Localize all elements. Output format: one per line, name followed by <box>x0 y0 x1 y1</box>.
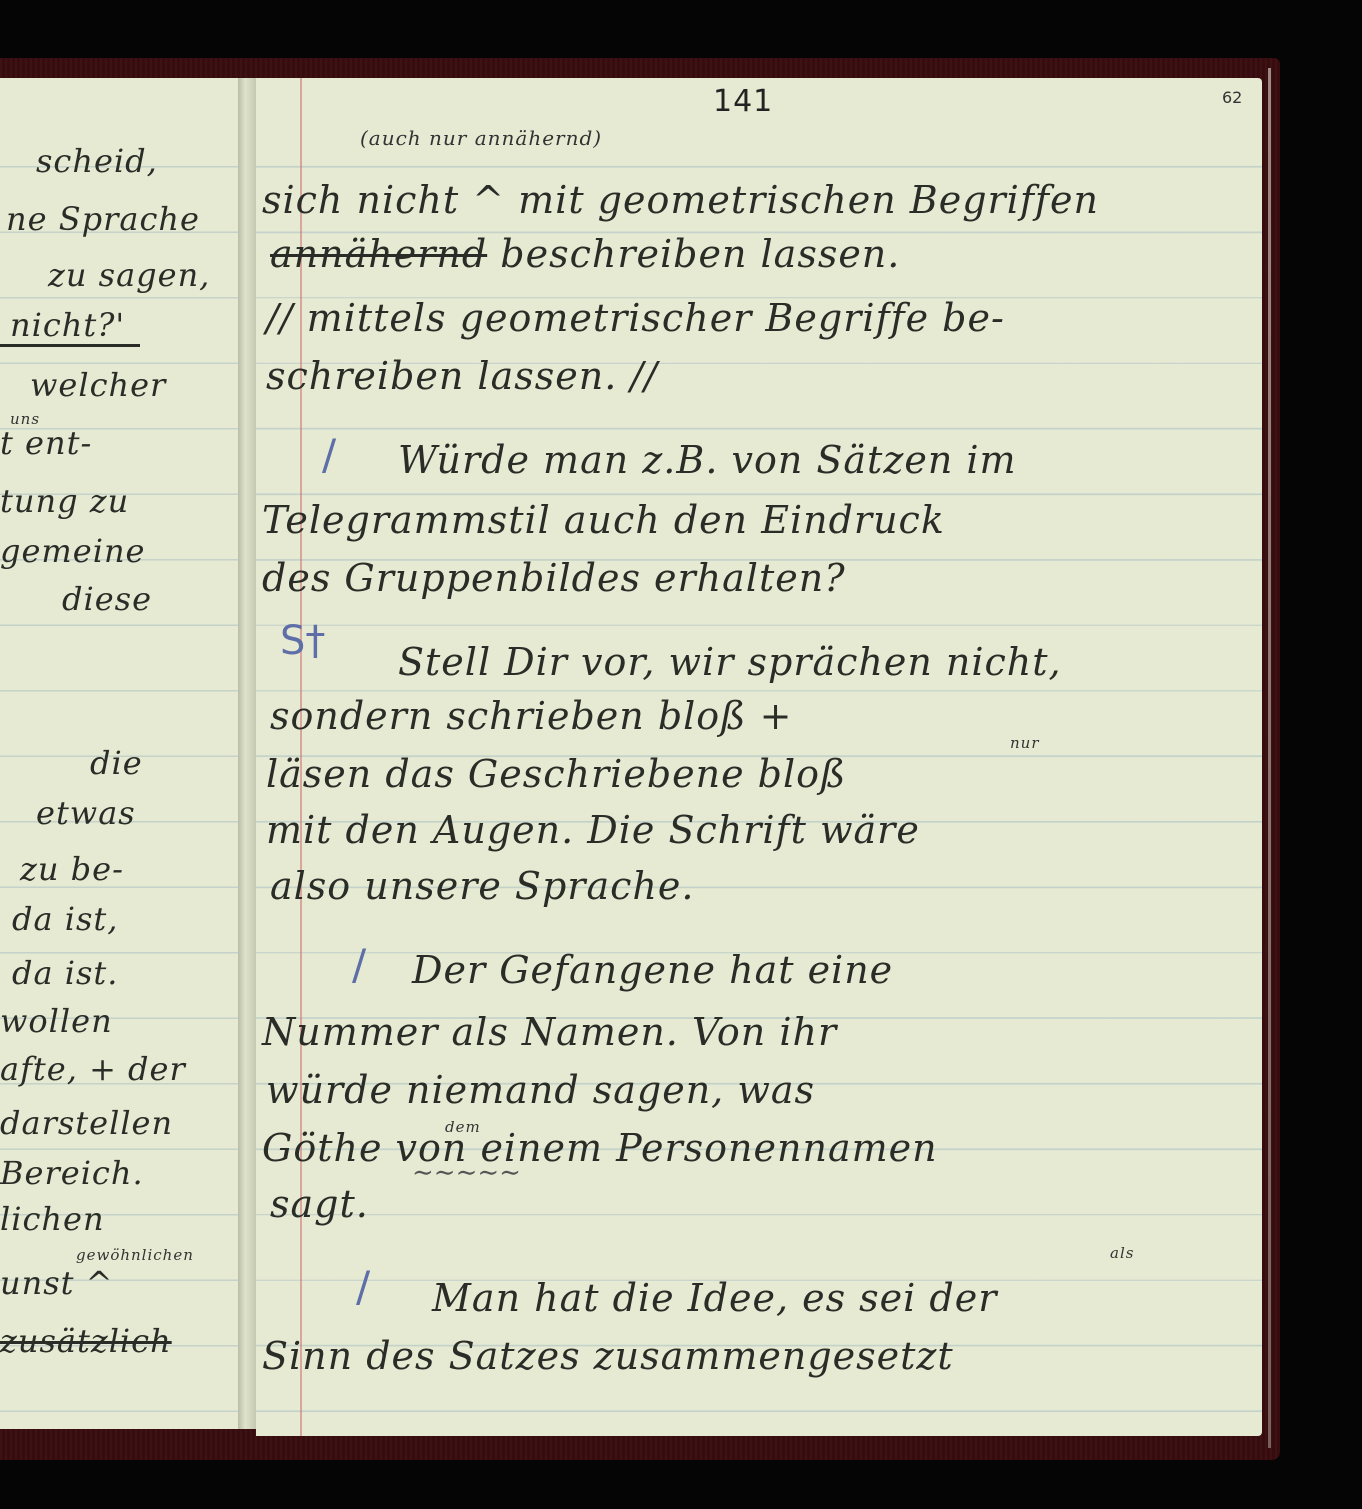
text-line: Göthe von einem Personennamen <box>262 1126 938 1170</box>
text-line: annähernd beschreiben lassen. <box>270 232 900 276</box>
text-line: des Gruppenbildes erhalten? <box>262 556 846 600</box>
page-number: 141 <box>713 84 773 119</box>
left-text-line: da ist. <box>12 954 118 992</box>
interlinear-als: als <box>1110 1244 1134 1262</box>
cover-edge <box>1268 68 1271 1448</box>
left-text-line: nicht?' <box>10 306 125 344</box>
text-line: sondern schrieben bloß + <box>270 694 792 738</box>
left-text-line: wollen <box>0 1002 113 1040</box>
binding-gutter <box>238 78 256 1429</box>
margin-mark-s: S† <box>280 618 325 664</box>
text-line: sagt. <box>270 1182 369 1226</box>
text-line: Nummer als Namen. Von ihr <box>262 1010 837 1054</box>
interlinear-nur: nur <box>1010 734 1040 752</box>
left-text-line: tung zu <box>0 482 129 520</box>
text-line: // mittels geometrischer Begriffe be- <box>266 296 1005 340</box>
text-line: Man hat die Idee, es sei der <box>432 1276 997 1320</box>
text-line: Telegrammstil auch den Eindruck <box>262 498 945 542</box>
left-text-line: scheid, <box>36 142 158 180</box>
text-line: sich nicht ^ mit geometrischen Begriffen <box>262 178 1099 222</box>
left-text-line: afte, + der <box>0 1050 186 1088</box>
text-line: Der Gefangene hat eine <box>412 948 893 992</box>
left-text-line: zu be- <box>20 850 124 888</box>
margin-mark-slash: / <box>352 940 366 989</box>
left-text-line: gemeine <box>0 532 145 570</box>
margin-mark-slash: / <box>356 1262 370 1311</box>
margin-mark-slash: / <box>322 430 336 479</box>
section-rule <box>0 344 140 347</box>
struck-word: annähernd <box>270 232 487 276</box>
left-text-line: welcher <box>30 366 166 404</box>
left-text-line: diese <box>62 580 152 618</box>
left-interlinear: gewöhnlichen <box>76 1246 194 1264</box>
text-line: schreiben lassen. // <box>266 354 658 398</box>
left-text-line: zu sagen, <box>48 256 210 294</box>
text-fragment: beschreiben lassen. <box>487 232 900 276</box>
text-line: würde niemand sagen, was <box>266 1068 815 1112</box>
left-text-line: lichen <box>0 1200 105 1238</box>
left-text-line: etwas <box>36 794 136 832</box>
text-line: läsen das Geschriebene bloß <box>266 752 846 796</box>
wavy-underline: ∼∼∼∼∼ <box>412 1158 521 1188</box>
text-line: also unsere Sprache. <box>270 864 694 908</box>
left-text-line: unst ^ <box>0 1264 113 1302</box>
text-line: mit den Augen. Die Schrift wäre <box>266 808 920 852</box>
insertion-text: (auch nur annähernd) <box>360 126 602 150</box>
text-line: Sinn des Satzes zusammengesetzt <box>262 1334 954 1378</box>
text-line: Würde man z.B. von Sätzen im <box>398 438 1017 482</box>
left-text-line: ne Sprache <box>6 200 200 238</box>
folio-number: 62 <box>1222 88 1242 107</box>
left-text-line: darstellen <box>0 1104 173 1142</box>
text-line: Stell Dir vor, wir sprächen nicht, <box>398 640 1062 684</box>
left-text-line: t ent- <box>0 424 92 462</box>
left-text-line: die <box>90 744 143 782</box>
left-text-line: Bereich. <box>0 1154 144 1192</box>
left-text-line: da ist, <box>12 900 118 938</box>
left-struck-line: zusätzlich <box>0 1322 172 1360</box>
